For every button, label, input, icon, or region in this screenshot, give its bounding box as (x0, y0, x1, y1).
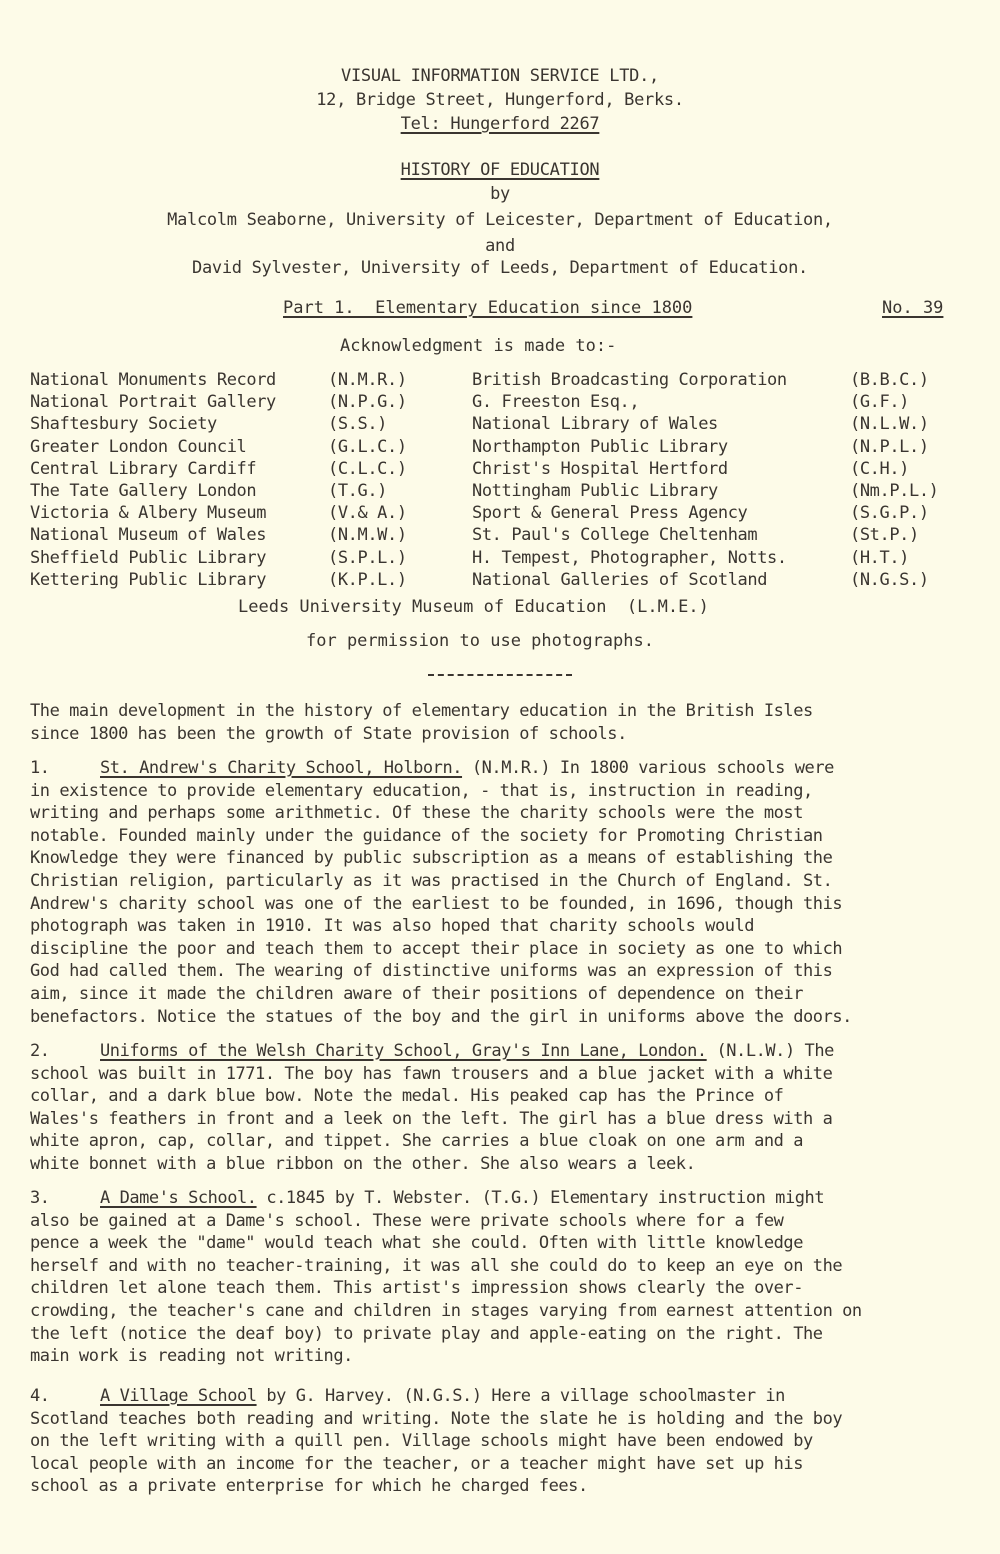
item-3: 3.A Dame's School. c.1845 by T. Webster.… (30, 1187, 980, 1368)
acknowledgment-row: Kettering Public Library (K.P.L.) Nation… (30, 570, 980, 592)
source-code: (N.L.W.) (850, 414, 929, 434)
item-number: 3. (30, 1187, 100, 1210)
item-text: Elementary instruction might also be gai… (30, 1188, 862, 1366)
source-code: (B.B.C.) (850, 370, 929, 390)
source-code: (St.P.) (850, 525, 919, 545)
acknowledgment-row: Central Library Cardiff (C.L.C.) Christ'… (30, 459, 980, 481)
source-code: (G.L.C.) (328, 437, 407, 457)
source-name: Greater London Council (30, 437, 246, 457)
item-title: A Dame's School. (100, 1188, 257, 1208)
source-code: (N.M.R.) (328, 370, 407, 390)
item-1: 1.St. Andrew's Charity School, Holborn. … (30, 757, 980, 1028)
item-title: A Village School (100, 1386, 257, 1406)
source-name: National Monuments Record (30, 370, 276, 390)
item-title: Uniforms of the Welsh Charity School, Gr… (100, 1041, 707, 1061)
source-name: Victoria & Albery Museum (30, 503, 266, 523)
document-page: VISUAL INFORMATION SERVICE LTD., 12, Bri… (0, 0, 1000, 1554)
source-name: Christ's Hospital Hertford (472, 459, 728, 479)
item-number: 4. (30, 1385, 100, 1408)
item-number: 2. (30, 1040, 100, 1063)
acknowledgment-row: National Museum of Wales (N.M.W.) St. Pa… (30, 525, 980, 547)
by-label: by (0, 184, 1000, 204)
source-code: (C.L.C.) (328, 459, 407, 479)
item-4: 4.A Village School by G. Harvey. (N.G.S.… (30, 1385, 980, 1498)
company-address: 12, Bridge Street, Hungerford, Berks. (0, 90, 1000, 110)
item-source: (T.G.) (482, 1188, 541, 1208)
acknowledgment-row: Shaftesbury Society (S.S.) National Libr… (30, 414, 980, 436)
acknowledgment-closing: for permission to use photographs. (306, 631, 654, 651)
document-title: HISTORY OF EDUCATION (0, 160, 1000, 180)
sheet-number-text: No. 39 (882, 298, 943, 318)
source-name: G. Freeston Esq., (472, 392, 639, 412)
source-code: (S.P.L.) (328, 548, 407, 568)
source-name: National Museum of Wales (30, 525, 266, 545)
acknowledgment-table: National Monuments Record (N.M.R.) Briti… (30, 370, 980, 592)
company-telephone: Tel: Hungerford 2267 (0, 114, 1000, 134)
acknowledgment-row: The Tate Gallery London (T.G.) Nottingha… (30, 481, 980, 503)
item-subtitle: by G. Harvey. (257, 1386, 404, 1406)
source-code: (C.H.) (850, 459, 909, 479)
source-code: (K.P.L.) (328, 570, 407, 590)
part-heading-text: Part 1. Elementary Education since 1800 (283, 298, 692, 318)
source-name: National Portrait Gallery (30, 392, 276, 412)
sheet-number: No. 39 (882, 298, 943, 318)
source-code: (H.T.) (850, 548, 909, 568)
source-name: British Broadcasting Corporation (472, 370, 787, 390)
telephone-text: Tel: Hungerford 2267 (401, 114, 600, 134)
source-code: (G.F.) (850, 392, 909, 412)
source-code: (T.G.) (328, 481, 387, 501)
item-title: St. Andrew's Charity School, Holborn. (100, 758, 462, 778)
source-name: Nottingham Public Library (472, 481, 718, 501)
source-name: St. Paul's College Cheltenham (472, 525, 757, 545)
source-name: Northampton Public Library (472, 437, 728, 457)
author-2: David Sylvester, University of Leeds, De… (0, 258, 1000, 278)
and-label: and (0, 236, 1000, 256)
intro-paragraph: The main development in the history of e… (30, 700, 980, 745)
source-name: National Galleries of Scotland (472, 570, 767, 590)
source-name: Central Library Cardiff (30, 459, 256, 479)
item-source: (N.M.R.) (472, 758, 550, 778)
item-source: (N.L.W.) (716, 1041, 794, 1061)
title-text: HISTORY OF EDUCATION (401, 160, 600, 180)
author-1: Malcolm Seaborne, University of Leiceste… (0, 210, 1000, 230)
source-name: Kettering Public Library (30, 570, 266, 590)
item-source: (N.G.S.) (403, 1386, 481, 1406)
source-code: (S.G.P.) (850, 503, 929, 523)
acknowledgment-row: Sheffield Public Library (S.P.L.) H. Tem… (30, 548, 980, 570)
acknowledgment-row: National Monuments Record (N.M.R.) Briti… (30, 370, 980, 392)
source-code: (N.P.L.) (850, 437, 929, 457)
source-name: Shaftesbury Society (30, 414, 217, 434)
source-code: (S.S.) (328, 414, 387, 434)
acknowledgment-row: Victoria & Albery Museum (V.& A.) Sport … (30, 503, 980, 525)
item-2: 2.Uniforms of the Welsh Charity School, … (30, 1040, 980, 1176)
source-code: (Nm.P.L.) (850, 481, 939, 501)
item-subtitle: c.1845 by T. Webster. (257, 1188, 482, 1208)
source-code: (N.G.S.) (850, 570, 929, 590)
source-name: Sport & General Press Agency (472, 503, 747, 523)
source-name: Sheffield Public Library (30, 548, 266, 568)
acknowledgment-intro: Acknowledgment is made to:- (340, 336, 616, 356)
source-name: The Tate Gallery London (30, 481, 256, 501)
part-heading: Part 1. Elementary Education since 1800 (283, 298, 692, 318)
source-code: (N.P.G.) (328, 392, 407, 412)
source-name: H. Tempest, Photographer, Notts. (472, 548, 787, 568)
item-text: In 1800 various schools were in existenc… (30, 758, 852, 1027)
company-name: VISUAL INFORMATION SERVICE LTD., (0, 66, 1000, 86)
item-number: 1. (30, 757, 100, 780)
source-code: (N.M.W.) (328, 525, 407, 545)
source-name: National Library of Wales (472, 414, 718, 434)
section-divider (428, 674, 572, 676)
acknowledgment-row: Greater London Council (G.L.C.) Northamp… (30, 437, 980, 459)
acknowledgment-extra: Leeds University Museum of Education (L.… (238, 597, 709, 617)
source-code: (V.& A.) (328, 503, 407, 523)
acknowledgment-row: National Portrait Gallery (N.P.G.) G. Fr… (30, 392, 980, 414)
